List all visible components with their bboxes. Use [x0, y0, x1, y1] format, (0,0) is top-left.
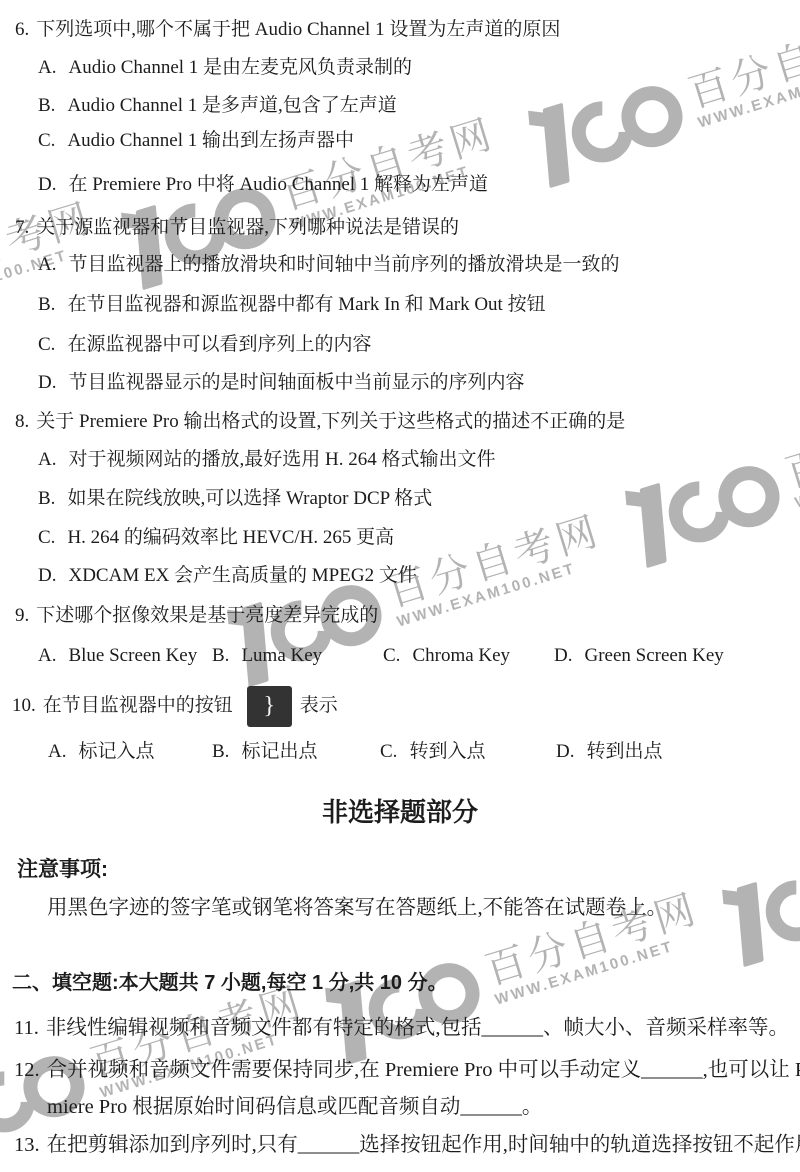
- notes-body: 用黑色字迹的签字笔或钢笔将答案写在答题纸上,不能答在试题卷上。: [47, 894, 667, 922]
- fill-in-heading: 二、填空题:本大题共 7 小题,每空 1 分,共 10 分。: [12, 970, 448, 996]
- question-6-option-c: C.Audio Channel 1 输出到左扬声器中: [38, 128, 354, 154]
- question-7-option-b: B.在节目监视器和源监视器中都有 Mark In 和 Mark Out 按钮: [38, 292, 546, 318]
- question-9-option-a: A.Blue Screen Key: [38, 643, 197, 669]
- question-10-title: 10.在节目监视器中的按钮}表示: [12, 683, 338, 729]
- question-8-title: 8.关于 Premiere Pro 输出格式的设置,下列关于这些格式的描述不正确…: [15, 409, 625, 435]
- question-9-option-b: B.Luma Key: [212, 643, 322, 669]
- exam-page: 百分自考网 WWW.EXAM100.NET 百分自考网 WWW.EXAM100.…: [0, 0, 800, 1172]
- question-9-option-d: D.Green Screen Key: [554, 643, 724, 669]
- question-6-option-d: D.在 Premiere Pro 中将 Audio Channel 1 解释为左…: [38, 172, 488, 198]
- mark-out-button-icon: }: [247, 686, 292, 727]
- question-10-option-d: D.转到出点: [556, 739, 663, 765]
- question-8-option-c: C.H. 264 的编码效率比 HEVC/H. 265 更高: [38, 525, 394, 551]
- question-7-option-a: A.节目监视器上的播放滑块和时间轴中当前序列的播放滑块是一致的: [38, 252, 620, 278]
- question-6-option-b: B.Audio Channel 1 是多声道,包含了左声道: [38, 93, 397, 119]
- question-8-option-a: A.对于视频网站的播放,最好选用 H. 264 格式输出文件: [38, 447, 495, 473]
- question-7-option-d: D.节目监视器显示的是时间轴面板中当前显示的序列内容: [38, 370, 525, 396]
- question-6-title: 6.下列选项中,哪个不属于把 Audio Channel 1 设置为左声道的原因: [15, 17, 560, 43]
- question-8-option-b: B.如果在院线放映,可以选择 Wraptor DCP 格式: [38, 486, 432, 512]
- section-title: 非选择题部分: [0, 797, 800, 827]
- question-11: 11.非线性编辑视频和音频文件都有特定的格式,包括______、帧大小、音频采样…: [14, 1014, 789, 1042]
- question-8-option-d: D.XDCAM EX 会产生高质量的 MPEG2 文件: [38, 563, 417, 589]
- question-6-option-a: A.Audio Channel 1 是由左麦克风负责录制的: [38, 55, 412, 81]
- question-7-option-c: C.在源监视器中可以看到序列上的内容: [38, 332, 371, 358]
- question-13: 13.在把剪辑添加到序列时,只有______选择按钮起作用,时间轴中的轨道选择按…: [14, 1131, 800, 1159]
- question-10-option-a: A.标记入点: [48, 739, 155, 765]
- question-12-line-1: 12.合并视频和音频文件需要保持同步,在 Premiere Pro 中可以手动定…: [14, 1056, 800, 1084]
- question-9-option-c: C.Chroma Key: [383, 643, 510, 669]
- exam-content: 6.下列选项中,哪个不属于把 Audio Channel 1 设置为左声道的原因…: [0, 0, 800, 1172]
- question-7-title: 7.关于源监视器和节目监视器,下列哪种说法是错误的: [15, 215, 459, 241]
- question-12-line-2: miere Pro 根据原始时间码信息或匹配音频自动______。: [47, 1093, 542, 1121]
- question-10-option-c: C.转到入点: [380, 739, 485, 765]
- question-10-option-b: B.标记出点: [212, 739, 317, 765]
- question-9-title: 9.下述哪个抠像效果是基于亮度差异完成的: [15, 603, 378, 629]
- notes-heading: 注意事项:: [17, 857, 108, 883]
